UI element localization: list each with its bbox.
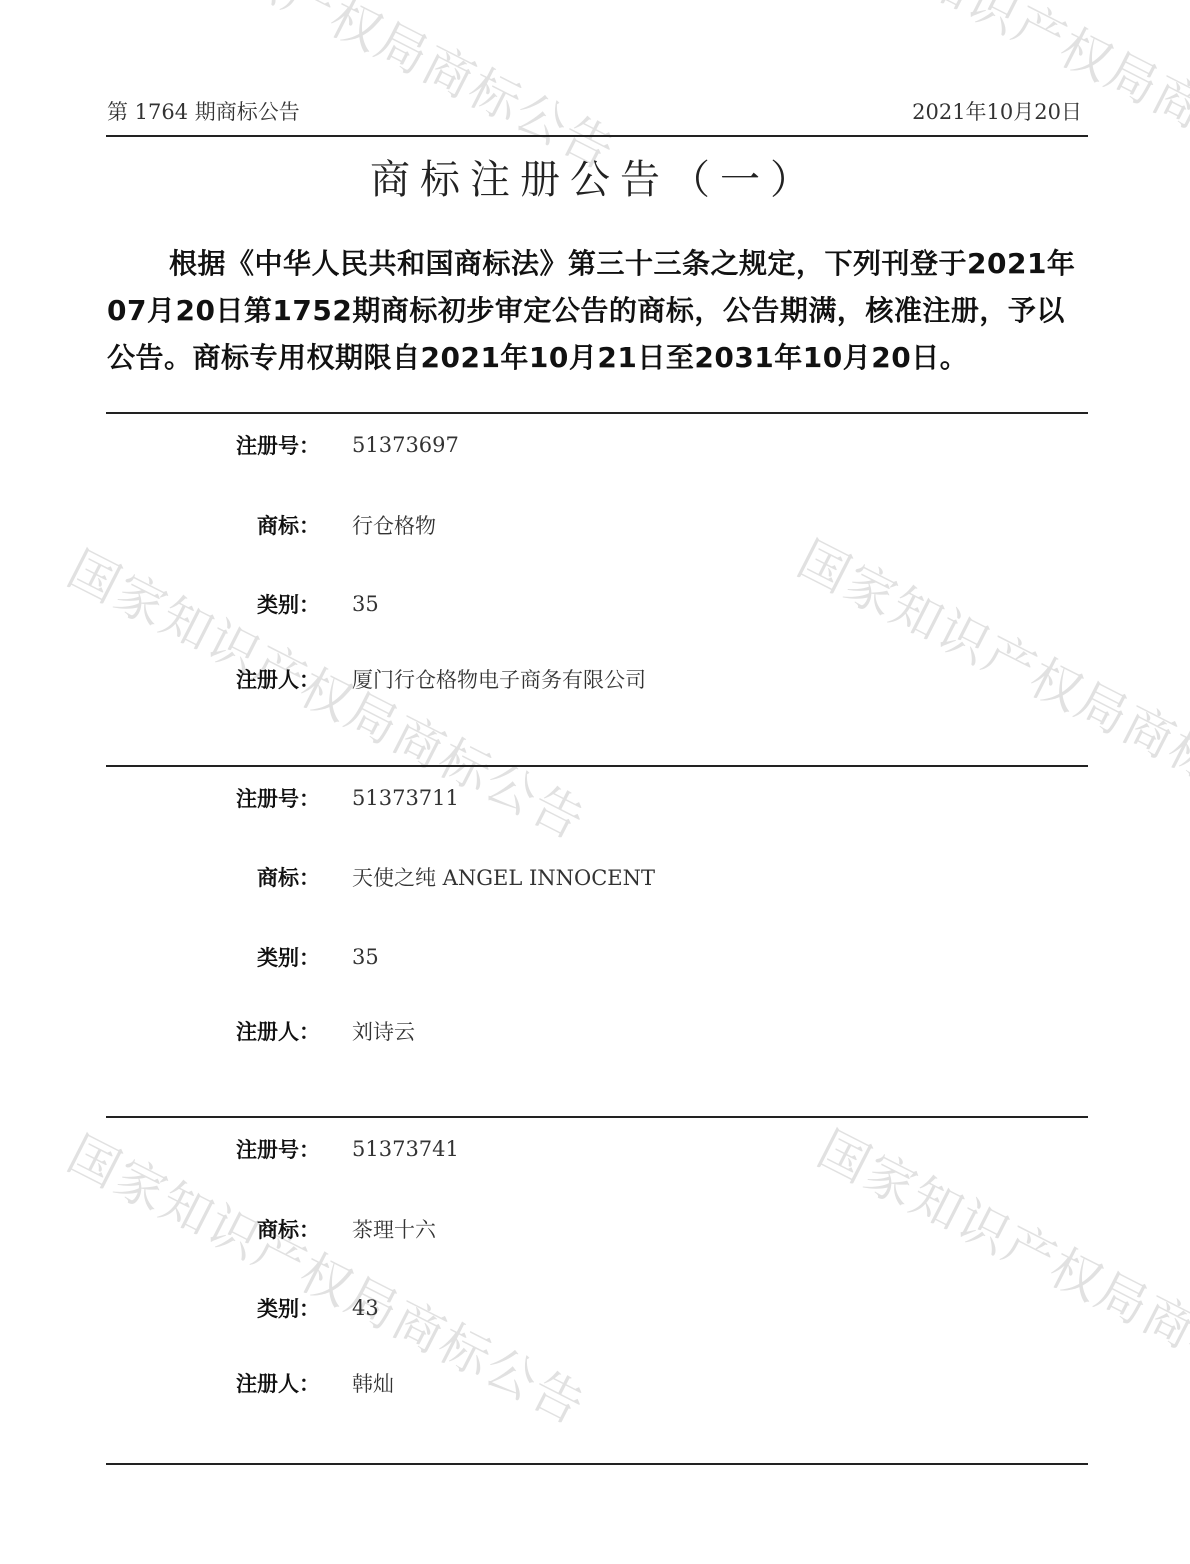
registrant-label: 注册人： bbox=[230, 1368, 320, 1398]
class-label: 类别： bbox=[230, 589, 320, 619]
page-title: 商标注册公告（一） bbox=[0, 148, 1190, 205]
registrant-value: 刘诗云 bbox=[352, 1016, 415, 1046]
registrant-label: 注册人： bbox=[230, 1016, 320, 1046]
reg-no-value: 51373741 bbox=[352, 1137, 459, 1161]
entry-divider bbox=[106, 1463, 1088, 1465]
registrant-value: 韩灿 bbox=[352, 1368, 394, 1398]
class-label: 类别： bbox=[230, 1293, 320, 1323]
entry-divider bbox=[106, 765, 1088, 767]
issue-number: 第 1764 期商标公告 bbox=[107, 96, 300, 126]
mark-label: 商标： bbox=[230, 1214, 320, 1244]
watermark: 国家知识产权局商标公告 bbox=[807, 1110, 1190, 1434]
class-label: 类别： bbox=[230, 942, 320, 972]
reg-no-value: 51373711 bbox=[352, 786, 459, 810]
mark-value: 行仓格物 bbox=[352, 510, 436, 540]
intro-paragraph: 根据《中华人民共和国商标法》第三十三条之规定，下列刊登于2021年07月20日第… bbox=[107, 240, 1087, 381]
watermark: 国家知识产权局商标公告 bbox=[787, 520, 1190, 844]
mark-value: 天使之纯 ANGEL INNOCENT bbox=[352, 862, 655, 892]
header-divider bbox=[106, 135, 1088, 137]
registrant-label: 注册人： bbox=[230, 664, 320, 694]
entry-divider bbox=[106, 1116, 1088, 1118]
mark-value: 茶理十六 bbox=[352, 1214, 436, 1244]
reg-no-label: 注册号： bbox=[230, 783, 320, 813]
class-value: 35 bbox=[352, 592, 379, 616]
class-value: 35 bbox=[352, 945, 379, 969]
reg-no-value: 51373697 bbox=[352, 433, 459, 457]
class-value: 43 bbox=[352, 1296, 379, 1320]
entry-divider bbox=[106, 412, 1088, 414]
issue-date: 2021年10月20日 bbox=[912, 96, 1082, 126]
mark-label: 商标： bbox=[230, 862, 320, 892]
mark-label: 商标： bbox=[230, 510, 320, 540]
watermark: 国家知识产权局商标公告 bbox=[57, 1115, 599, 1439]
reg-no-label: 注册号： bbox=[230, 1134, 320, 1164]
reg-no-label: 注册号： bbox=[230, 430, 320, 460]
registrant-value: 厦门行仓格物电子商务有限公司 bbox=[352, 664, 646, 694]
